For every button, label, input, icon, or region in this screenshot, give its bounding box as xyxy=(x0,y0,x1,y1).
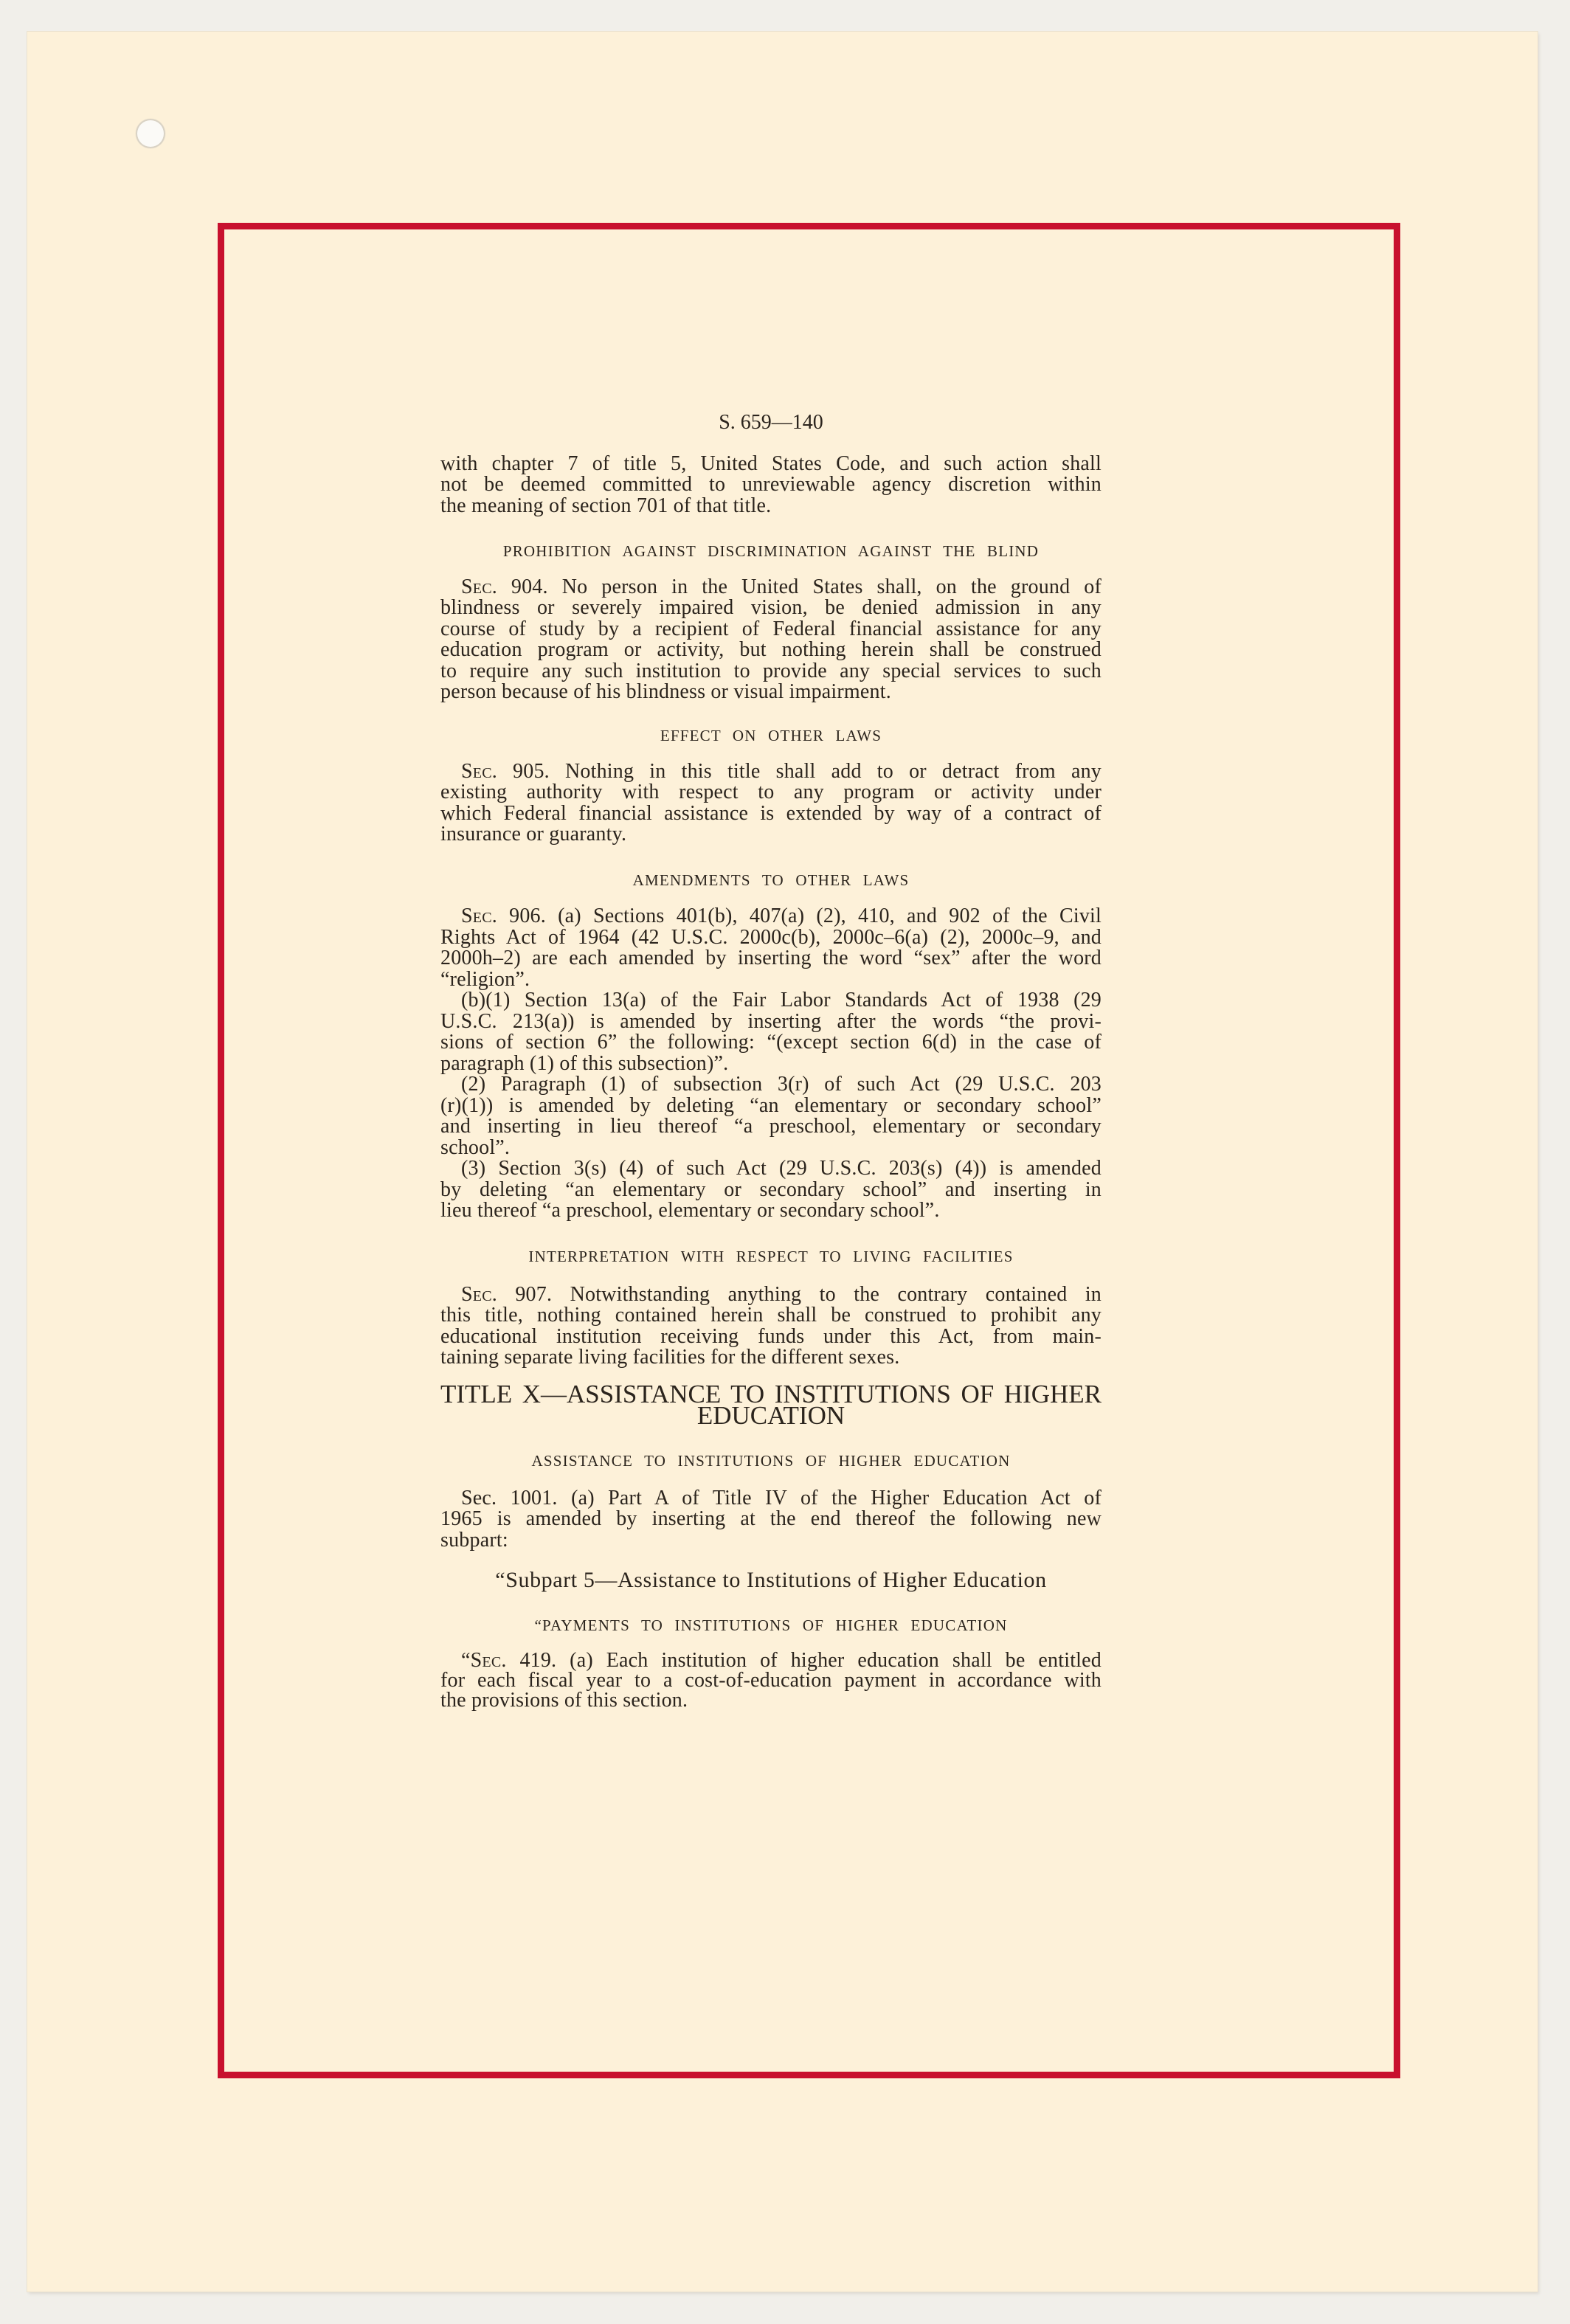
section-number: Sec. 905. xyxy=(461,760,550,783)
line-text: (a) Sections 401(b), 407(a) (2), 410, an… xyxy=(558,905,1102,927)
paragraph-line: lieu thereof “a preschool, elementary or… xyxy=(440,1200,1102,1222)
section-heading-907: INTERPRETATION WITH RESPECT TO LIVING FA… xyxy=(440,1246,1102,1267)
section-number: Sec. 906. xyxy=(461,905,546,927)
title-heading: TITLE X—ASSISTANCE TO INSTITUTIONS OF HI… xyxy=(440,1383,1102,1426)
paragraph-line: Rights Act of 1964 (42 U.S.C. 2000c(b), … xyxy=(440,927,1102,949)
paragraph-line: subpart: xyxy=(440,1530,1102,1551)
paragraph-line: by deleting “an elementary or secondary … xyxy=(440,1180,1102,1201)
paragraph-line: Sec. 907. Notwithstanding anything to th… xyxy=(440,1284,1102,1305)
paragraph-line: to require any such institution to provi… xyxy=(440,661,1102,682)
paragraph-line: the meaning of section 701 of that title… xyxy=(440,496,1102,516)
paragraph-line: existing authority with respect to any p… xyxy=(440,782,1102,803)
paragraph-line: (b)(1) Section 13(a) of the Fair Labor S… xyxy=(440,990,1102,1011)
paragraph-line: (3) Section 3(s) (4) of such Act (29 U.S… xyxy=(440,1158,1102,1180)
paragraph-line: and inserting in lieu thereof “a prescho… xyxy=(440,1116,1102,1138)
paragraph-line: the provisions of this section. xyxy=(440,1690,1102,1710)
paragraph-line: this title, nothing contained herein sha… xyxy=(440,1305,1102,1326)
continuation-paragraph: with chapter 7 of title 5, United States… xyxy=(440,454,1102,516)
section-heading-1001: ASSISTANCE TO INSTITUTIONS OF HIGHER EDU… xyxy=(440,1450,1102,1471)
line-text: Notwithstanding anything to the contrary… xyxy=(570,1283,1102,1306)
paragraph-line: for each fiscal year to a cost-of-educat… xyxy=(440,1670,1102,1690)
paragraph-line: educational institution receiving funds … xyxy=(440,1327,1102,1347)
section-907-paragraph: Sec. 907. Notwithstanding anything to th… xyxy=(440,1284,1102,1369)
paragraph-line: school”. xyxy=(440,1138,1102,1159)
section-heading-905: EFFECT ON OTHER LAWS xyxy=(440,725,1102,746)
section-heading-904: PROHIBITION AGAINST DISCRIMINATION AGAIN… xyxy=(440,541,1102,561)
line-text: (a) Part A of Title IV of the Higher Edu… xyxy=(571,1487,1102,1509)
section-number: Sec. 1001. xyxy=(461,1487,558,1509)
paragraph-line: Sec. 904. No person in the United States… xyxy=(440,577,1102,598)
paragraph-line: course of study by a recipient of Federa… xyxy=(440,619,1102,640)
paragraph-line: which Federal financial assistance is ex… xyxy=(440,803,1102,824)
paragraph-line: “religion”. xyxy=(440,969,1102,991)
paragraph-line: (r)(1)) is amended by deleting “an eleme… xyxy=(440,1096,1102,1117)
paragraph-line: blindness or severely impaired vision, b… xyxy=(440,598,1102,618)
paragraph-line: not be deemed committed to unreviewable … xyxy=(440,474,1102,495)
paragraph-line: sions of section 6” the following: “(exc… xyxy=(440,1032,1102,1054)
section-number: Sec. 904. xyxy=(461,575,548,598)
paragraph-line: U.S.C. 213(a)) is amended by inserting a… xyxy=(440,1011,1102,1033)
section-419-paragraph: “Sec. 419. (a) Each institution of highe… xyxy=(440,1650,1102,1710)
section-905-paragraph: Sec. 905. Nothing in this title shall ad… xyxy=(440,761,1102,845)
paragraph-line: taining separate living facilities for t… xyxy=(440,1347,1102,1368)
section-906-paragraph: Sec. 906. (a) Sections 401(b), 407(a) (2… xyxy=(440,906,1102,1222)
paragraph-line: Sec. 906. (a) Sections 401(b), 407(a) (2… xyxy=(440,906,1102,927)
paragraph-line: 2000h–2) are each amended by inserting t… xyxy=(440,948,1102,969)
paragraph-line: “Sec. 419. (a) Each institution of highe… xyxy=(440,1650,1102,1670)
paragraph-line: 1965 is amended by inserting at the end … xyxy=(440,1509,1102,1529)
paragraph-line: education program or activity, but nothi… xyxy=(440,640,1102,660)
section-heading-906: AMENDMENTS TO OTHER LAWS xyxy=(440,870,1102,890)
subpart-title: “Subpart 5—Assistance to Institutions of… xyxy=(440,1569,1102,1591)
line-text: Nothing in this title shall add to or de… xyxy=(565,760,1102,783)
line-text: No person in the United States shall, on… xyxy=(562,575,1102,598)
section-1001-paragraph: Sec. 1001. (a) Part A of Title IV of the… xyxy=(440,1488,1102,1551)
paragraph-line: Sec. 905. Nothing in this title shall ad… xyxy=(440,761,1102,782)
paragraph-line: with chapter 7 of title 5, United States… xyxy=(440,454,1102,474)
section-904-paragraph: Sec. 904. No person in the United States… xyxy=(440,577,1102,702)
subpart-heading: “PAYMENTS TO INSTITUTIONS OF HIGHER EDUC… xyxy=(440,1615,1102,1636)
paragraph-line: Sec. 1001. (a) Part A of Title IV of the… xyxy=(440,1488,1102,1509)
paragraph-line: (2) Paragraph (1) of subsection 3(r) of … xyxy=(440,1074,1102,1096)
section-number: Sec. 907. xyxy=(461,1283,552,1306)
running-head: S. 659—140 xyxy=(440,412,1102,434)
paragraph-line: person because of his blindness or visua… xyxy=(440,682,1102,702)
paragraph-line: paragraph (1) of this subsection)”. xyxy=(440,1054,1102,1075)
paragraph-line: insurance or guaranty. xyxy=(440,824,1102,845)
punch-hole-icon xyxy=(136,119,165,148)
